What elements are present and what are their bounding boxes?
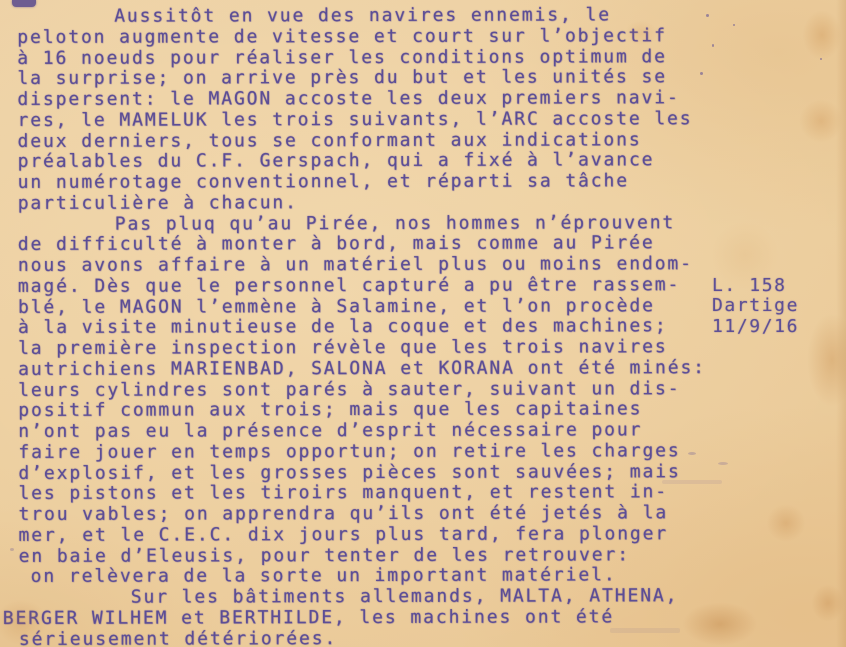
margin-date: 11/9/16	[712, 317, 799, 337]
paper-stain	[760, 498, 812, 548]
text-line: un numérotage conventionnel, et réparti …	[18, 171, 728, 194]
text-line: n’ont pas eu la présence d’esprit nécess…	[18, 420, 728, 443]
text-line: magé. Dès que le personnel capturé a pu …	[18, 275, 728, 298]
paragraph-approach: Aussitôt en vue des navires ennemis, le …	[17, 5, 728, 214]
text-line: BERGER WILHEM et BERTHILDE, les machines…	[3, 607, 729, 630]
margin-author: Dartige	[712, 296, 799, 316]
ink-speck	[733, 24, 735, 26]
text-line: nous avons affaire à un matériel plus ou…	[18, 254, 728, 277]
paragraph-german-ships: Sur les bâtiments allemands, MALTA, ATHE…	[19, 586, 729, 647]
text-line: Aussitôt en vue des navires ennemis, le	[17, 5, 727, 28]
text-line: en baie d’Eleusis, pour tenter de les re…	[19, 545, 729, 568]
ink-speck	[820, 58, 822, 60]
ink-speck	[10, 548, 14, 551]
text-line: mer, et le C.E.C. dix jours plus tard, f…	[19, 524, 729, 547]
paragraph-boarding-inspection: Pas pluq qu’au Pirée, nos hommes n’éprou…	[18, 213, 729, 588]
text-line: dispersent: le MAGON accoste les deux pr…	[17, 88, 727, 111]
typewritten-text-block: Aussitôt en vue des navires ennemis, le …	[17, 5, 729, 647]
paper-stain	[806, 578, 846, 628]
margin-annotation: L. 158 Dartige 11/9/16	[712, 276, 799, 337]
paper-stain	[800, 300, 846, 420]
text-line: res, le MAMELUK les trois suivants, l’AR…	[17, 109, 727, 132]
text-line: autrichiens MARIENBAD, SALONA et KORANA …	[18, 358, 728, 381]
text-line: peloton augmente de vitesse et court sur…	[17, 26, 727, 49]
margin-reference: L. 158	[712, 276, 799, 296]
paper-stain	[792, 92, 846, 150]
paper-stain	[796, 2, 846, 68]
text-line: sérieusement détériorées.	[19, 628, 729, 647]
text-line: faire jouer en temps opportun; on retire…	[18, 441, 728, 464]
text-line: la première inspection révèle que les tr…	[18, 337, 728, 360]
text-line: particulière à chacun.	[18, 192, 728, 215]
text-line: Sur les bâtiments allemands, MALTA, ATHE…	[19, 586, 729, 609]
scanned-document-page: Aussitôt en vue des navires ennemis, le …	[0, 0, 846, 647]
text-line: trou vables; on apprendra qu’ils ont été…	[18, 503, 728, 526]
